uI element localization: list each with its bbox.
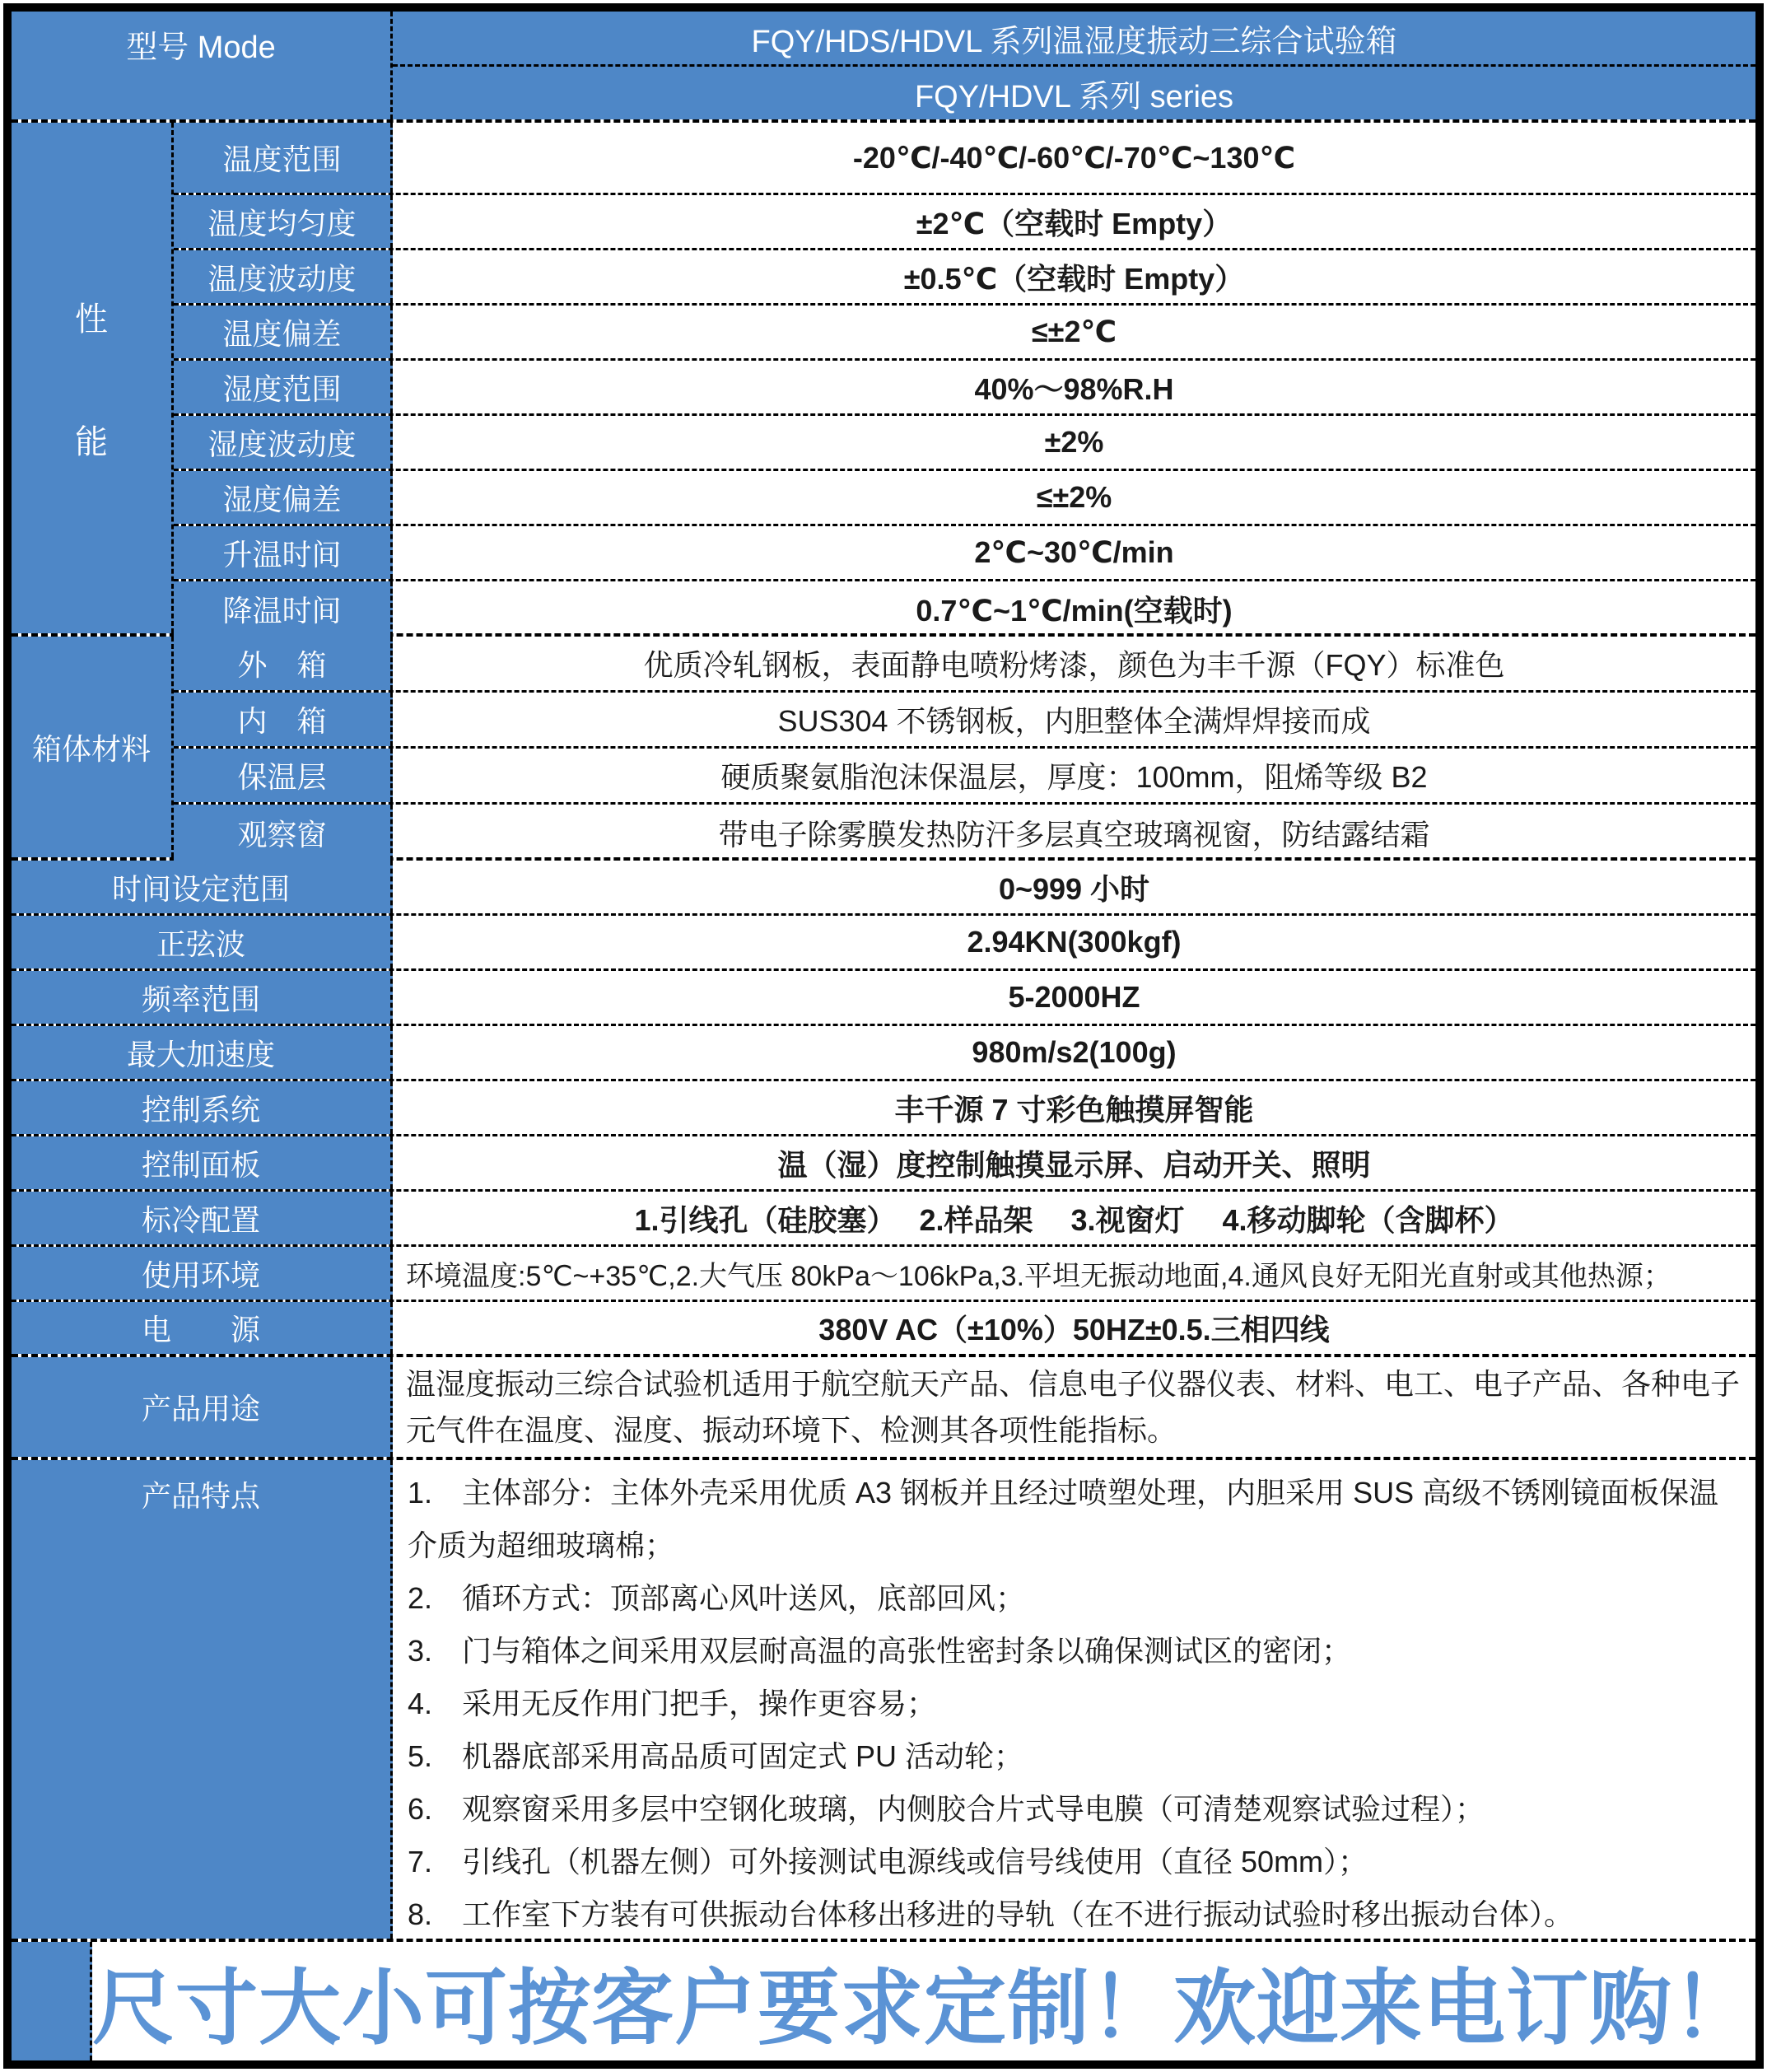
table-row: 升温时间 2℃~30℃/min: [174, 526, 1755, 581]
row-label: 标冷配置: [12, 1192, 393, 1244]
list-item: 6. 观察窗采用多层中空钢化玻璃，内侧胶合片式导电膜（可清楚观察试验过程）；: [408, 1783, 1739, 1836]
row-value: ±2%: [393, 416, 1755, 469]
cabinet-rows: 外 箱 优质冷轧钢板，表面静电喷粉烤漆，颜色为丰千源（FQY）标准色 内 箱 S…: [174, 637, 1755, 857]
table-row: 频率范围 5-2000HZ: [12, 971, 1755, 1026]
row-value: ±0.5℃（空载时 Empty）: [393, 250, 1755, 303]
row-value: ≤±2%: [393, 471, 1755, 524]
row-value: 380V AC（±10%）50HZ±0.5.三相四线: [393, 1302, 1755, 1354]
row-label: 温度均匀度: [174, 195, 393, 248]
table-row: 温度波动度 ±0.5℃（空载时 Empty）: [174, 250, 1755, 306]
row-value: ±2℃（空载时 Empty）: [393, 195, 1755, 248]
row-label: 使用环境: [12, 1247, 393, 1300]
performance-band: 性 能 温度范围 -20℃/-40℃/-60℃/-70℃~130℃ 温度均匀度 …: [12, 123, 1755, 637]
header-band: 型号 Mode FQY/HDS/HDVL 系列温湿度振动三综合试验箱 FQY/H…: [12, 12, 1755, 123]
row-value: 980m/s2(100g): [393, 1026, 1755, 1079]
row-label: 温度偏差: [174, 306, 393, 358]
row-value: 2.94KN(300kgf): [393, 916, 1755, 968]
banner-band: 尺寸大小可按客户要求定制！欢迎来电订购！: [12, 1942, 1755, 2060]
table-row: 标冷配置 1.引线孔（硅胶塞） 2.样品架 3.视窗灯 4.移动脚轮（含脚杯）: [12, 1192, 1755, 1247]
spec-table: 型号 Mode FQY/HDS/HDVL 系列温湿度振动三综合试验箱 FQY/H…: [3, 3, 1764, 2069]
list-item: 2. 循环方式：顶部离心风叶送风，底部回风；: [408, 1572, 1739, 1625]
banner-text: 尺寸大小可按客户要求定制！欢迎来电订购！: [92, 1942, 1755, 2060]
row-label: 外 箱: [174, 637, 393, 690]
row-value: 硬质聚氨脂泡沫保温层，厚度：100mm，阻烯等级 B2: [393, 749, 1755, 802]
row-value: 优质冷轧钢板，表面静电喷粉烤漆，颜色为丰千源（FQY）标准色: [393, 637, 1755, 690]
table-row: 电 源 380V AC（±10%）50HZ±0.5.三相四线: [12, 1302, 1755, 1357]
table-row: 湿度偏差 ≤±2%: [174, 471, 1755, 526]
features-list: 1. 主体部分：主体外壳采用优质 A3 钢板并且经过喷塑处理，内胆采用 SUS …: [393, 1460, 1755, 1939]
table-row: 湿度范围 40%～98%R.H: [174, 361, 1755, 416]
row-label: 控制面板: [12, 1136, 393, 1189]
row-value: -20℃/-40℃/-60℃/-70℃~130℃: [393, 123, 1755, 193]
row-label: 温度波动度: [174, 250, 393, 303]
table-row: 温度范围 -20℃/-40℃/-60℃/-70℃~130℃: [174, 123, 1755, 195]
row-value: 带电子除雾膜发热防汗多层真空玻璃视窗，防结露结霜: [393, 805, 1755, 861]
list-item: 3. 门与箱体之间采用双层耐高温的高张性密封条以确保测试区的密闭；: [408, 1625, 1739, 1678]
performance-rows: 温度范围 -20℃/-40℃/-60℃/-70℃~130℃ 温度均匀度 ±2℃（…: [174, 123, 1755, 633]
table-row: 时间设定范围 0~999 小时: [12, 861, 1755, 916]
model-label: 型号 Mode: [126, 12, 276, 76]
usage-label: 产品用途: [12, 1357, 393, 1457]
table-row: 内 箱 SUS304 不锈钢板，内胆整体全满焊焊接而成: [174, 693, 1755, 749]
model-label-cell: 型号 Mode: [12, 12, 393, 119]
row-label: 保温层: [174, 749, 393, 802]
table-row: 保温层 硬质聚氨脂泡沫保温层，厚度：100mm，阻烯等级 B2: [174, 749, 1755, 805]
performance-group-label: 性 能: [12, 123, 174, 633]
performance-group-char-2: 能: [75, 416, 108, 463]
series-value: FQY/HDVL 系列 series: [393, 67, 1755, 119]
row-label: 时间设定范围: [12, 861, 393, 913]
list-item: 8. 工作室下方装有可供振动台体移出移进的导轨（在不进行振动试验时移出振动台体）…: [408, 1888, 1739, 1941]
row-value: 1.引线孔（硅胶塞） 2.样品架 3.视窗灯 4.移动脚轮（含脚杯）: [393, 1192, 1755, 1244]
table-row: 最大加速度 980m/s2(100g): [12, 1026, 1755, 1081]
row-value: 0~999 小时: [393, 861, 1755, 913]
row-label: 观察窗: [174, 805, 393, 861]
row-label: 频率范围: [12, 971, 393, 1024]
row-value: 2℃~30℃/min: [393, 526, 1755, 579]
model-value: FQY/HDS/HDVL 系列温湿度振动三综合试验箱: [393, 12, 1755, 67]
table-row: 温度偏差 ≤±2℃: [174, 306, 1755, 361]
usage-value: 温湿度振动三综合试验机适用于航空航天产品、信息电子仪器仪表、材料、电工、电子产品…: [393, 1357, 1755, 1457]
features-label: 产品特点: [12, 1460, 393, 1939]
row-value: 环境温度:5℃~+35℃,2.大气压 80kPa～106kPa,3.平坦无振动地…: [393, 1247, 1755, 1300]
usage-band: 产品用途 温湿度振动三综合试验机适用于航空航天产品、信息电子仪器仪表、材料、电工…: [12, 1357, 1755, 1460]
table-row: 控制系统 丰千源 7 寸彩色触摸屏智能: [12, 1081, 1755, 1136]
row-value: 40%～98%R.H: [393, 361, 1755, 413]
row-label: 降温时间: [174, 581, 393, 637]
banner-left-cell: [12, 1942, 92, 2060]
row-label: 电 源: [12, 1302, 393, 1354]
row-label: 升温时间: [174, 526, 393, 579]
table-row: 正弦波 2.94KN(300kgf): [12, 916, 1755, 971]
row-value: SUS304 不锈钢板，内胆整体全满焊焊接而成: [393, 693, 1755, 746]
banner-main: 尺寸大小可按客户要求定制！欢迎来电订购！: [92, 1942, 1755, 2060]
spec-rows: 时间设定范围 0~999 小时 正弦波 2.94KN(300kgf) 频率范围 …: [12, 861, 1755, 1357]
row-value: 0.7℃~1℃/min(空载时): [393, 581, 1755, 637]
cabinet-group-label: 箱体材料: [12, 637, 174, 857]
row-label: 控制系统: [12, 1081, 393, 1134]
list-item: 7. 引线孔（机器左侧）可外接测试电源线或信号线使用（直径 50mm）；: [408, 1836, 1739, 1888]
table-row: 外 箱 优质冷轧钢板，表面静电喷粉烤漆，颜色为丰千源（FQY）标准色: [174, 637, 1755, 693]
table-row: 湿度波动度 ±2%: [174, 416, 1755, 471]
row-label: 最大加速度: [12, 1026, 393, 1079]
table-row: 温度均匀度 ±2℃（空载时 Empty）: [174, 195, 1755, 250]
cabinet-band: 箱体材料 外 箱 优质冷轧钢板，表面静电喷粉烤漆，颜色为丰千源（FQY）标准色 …: [12, 637, 1755, 861]
row-value: 5-2000HZ: [393, 971, 1755, 1024]
list-item: 5. 机器底部采用高品质可固定式 PU 活动轮；: [408, 1730, 1739, 1783]
row-value: 丰千源 7 寸彩色触摸屏智能: [393, 1081, 1755, 1134]
row-label: 正弦波: [12, 916, 393, 968]
row-label: 湿度偏差: [174, 471, 393, 524]
row-value: 温（湿）度控制触摸显示屏、启动开关、照明: [393, 1136, 1755, 1189]
row-label: 内 箱: [174, 693, 393, 746]
list-item: 4. 采用无反作用门把手，操作更容易；: [408, 1678, 1739, 1730]
row-label: 温度范围: [174, 123, 393, 193]
table-row: 控制面板 温（湿）度控制触摸显示屏、启动开关、照明: [12, 1136, 1755, 1192]
table-row: 观察窗 带电子除雾膜发热防汗多层真空玻璃视窗，防结露结霜: [174, 805, 1755, 861]
performance-group-char-1: 性: [75, 293, 108, 340]
features-band: 产品特点 1. 主体部分：主体外壳采用优质 A3 钢板并且经过喷塑处理，内胆采用…: [12, 1460, 1755, 1942]
header-values: FQY/HDS/HDVL 系列温湿度振动三综合试验箱 FQY/HDVL 系列 s…: [393, 12, 1755, 119]
list-item: 1. 主体部分：主体外壳采用优质 A3 钢板并且经过喷塑处理，内胆采用 SUS …: [408, 1467, 1739, 1572]
row-value: ≤±2℃: [393, 306, 1755, 358]
table-row: 降温时间 0.7℃~1℃/min(空载时): [174, 581, 1755, 637]
row-label: 湿度波动度: [174, 416, 393, 469]
row-label: 湿度范围: [174, 361, 393, 413]
table-row: 使用环境 环境温度:5℃~+35℃,2.大气压 80kPa～106kPa,3.平…: [12, 1247, 1755, 1302]
